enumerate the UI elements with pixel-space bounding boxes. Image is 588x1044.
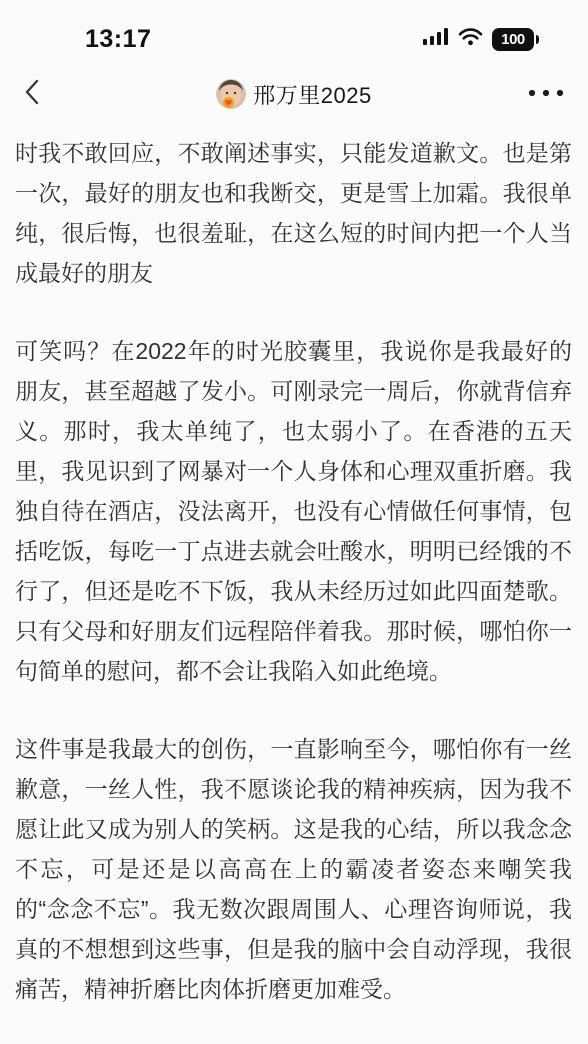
more-button[interactable] — [520, 62, 572, 126]
battery-icon: 100 — [492, 28, 534, 51]
post-paragraph: 时我不敢回应，不敢阐述事实，只能发道歉文。也是第一次，最好的朋友也和我断交，更是… — [15, 133, 572, 293]
post-content: 时我不敢回应，不敢阐述事实，只能发道歉文。也是第一次，最好的朋友也和我断交，更是… — [0, 126, 588, 1009]
post-paragraph: 可笑吗？在2022年的时光胶囊里，我说你是我最好的朋友，甚至超越了发小。可刚录完… — [15, 331, 572, 691]
battery-level: 100 — [501, 31, 525, 48]
post-paragraph: 这件事是我最大的创伤，一直影响至今，哪怕你有一丝歉意，一丝人性，我不愿谈论我的精… — [15, 729, 572, 1009]
back-button[interactable] — [8, 62, 56, 126]
screen: 13:17 100 — [0, 0, 588, 1044]
status-time: 13:17 — [85, 25, 151, 54]
status-icons: 100 — [423, 28, 534, 51]
profile-header[interactable]: 邢万里2025 — [216, 79, 371, 110]
status-bar: 13:17 100 — [0, 0, 588, 62]
signal-icon — [423, 28, 449, 50]
more-icon — [526, 85, 566, 103]
page-title: 邢万里2025 — [253, 79, 371, 110]
avatar-heart-icon — [223, 97, 234, 111]
nav-bar: 邢万里2025 — [0, 62, 588, 126]
wifi-icon — [458, 28, 483, 51]
back-icon — [24, 78, 40, 111]
avatar — [216, 79, 246, 109]
